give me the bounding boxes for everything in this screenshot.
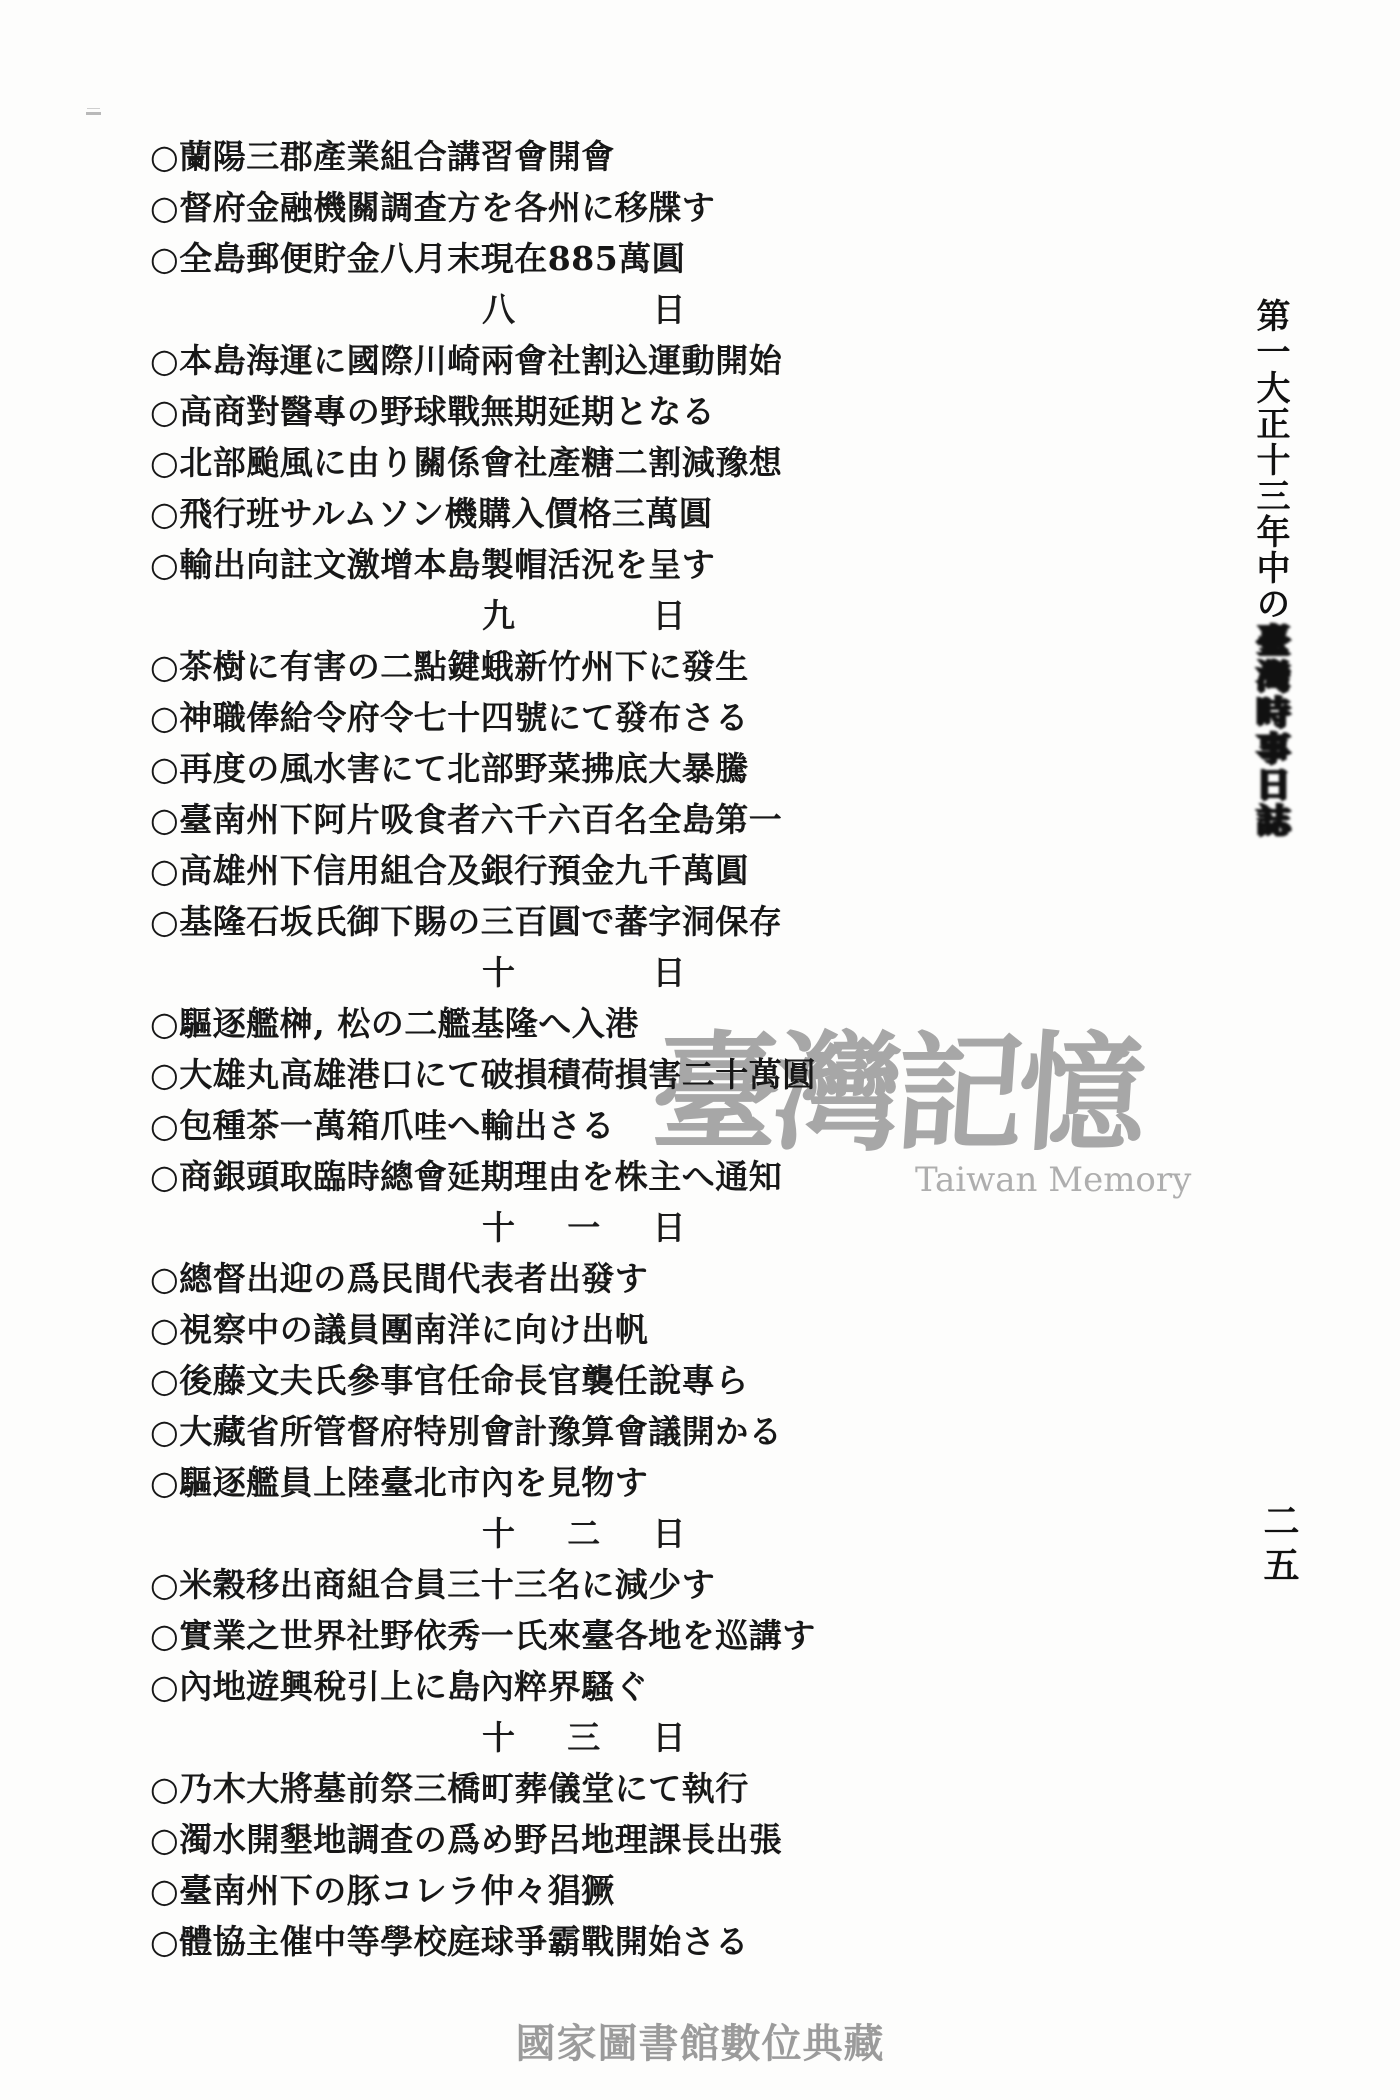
date-heading: 十一日: [482, 1202, 686, 1253]
diary-entry: ○驅逐艦員上陸臺北市內を見物す: [150, 1457, 870, 1508]
diary-entry: ○乃木大將墓前祭三橋町葬儀堂にて執行: [150, 1763, 870, 1814]
diary-entry: ○全島郵便貯金八月末現在885萬圓: [150, 233, 870, 284]
diary-entry: ○總督出迎の爲民間代表者出發す: [150, 1253, 870, 1304]
diary-entry: ○實業之世界社野依秀一氏來臺各地を巡講す: [150, 1610, 870, 1661]
diary-entry: ○臺南州下の豚コレラ仲々猖獗: [150, 1865, 870, 1916]
side-running-header: 第一大正十三年中の臺灣時事日誌: [1246, 298, 1295, 838]
diary-entry: ○驅逐艦榊, 松の二艦基隆へ入港: [150, 998, 870, 1049]
diary-entry: ○基隆石坂氏御下賜の三百圓で蕃字洞保存: [150, 896, 870, 947]
date-heading-char: 一: [567, 1202, 601, 1253]
scanned-document-page: ○蘭陽三郡產業組合講習會開會○督府金融機關調查方を各州に移牒す○全島郵便貯金八月…: [0, 0, 1400, 2100]
diary-list: ○蘭陽三郡產業組合講習會開會○督府金融機關調查方を各州に移牒す○全島郵便貯金八月…: [150, 131, 870, 1967]
date-heading-char: 九: [482, 590, 516, 641]
date-heading-char: 日: [653, 1508, 687, 1559]
date-heading-char: 十: [482, 947, 516, 998]
archive-footer: 國家圖書館數位典藏: [0, 2012, 1400, 2069]
date-heading-char: 十: [482, 1712, 516, 1763]
date-heading-char: 十: [482, 1508, 516, 1559]
side-header-chapter: 大正十三年中の: [1250, 370, 1290, 622]
date-heading: 九日: [482, 590, 686, 641]
diary-entry: ○再度の風水害にて北部野菜拂底大暴騰: [150, 743, 870, 794]
diary-entry: ○高商對醫專の野球戰無期延期となる: [150, 386, 870, 437]
taiwan-memory-watermark-latin: Taiwan Memory: [915, 1160, 1191, 1200]
diary-entry: ○體協主催中等學校庭球爭霸戰開始さる: [150, 1916, 870, 1967]
date-heading-char: 日: [653, 1202, 687, 1253]
date-heading-char: 十: [482, 1202, 516, 1253]
page-number: 二五: [1254, 1502, 1305, 1590]
diary-entry: ○北部颱風に由り關係會社產糖二割減豫想: [150, 437, 870, 488]
diary-entry: ○高雄州下信用組合及銀行預金九千萬圓: [150, 845, 870, 896]
diary-entry: ○後藤文夫氏參事官任命長官襲任說專ら: [150, 1355, 870, 1406]
date-heading-char: 日: [653, 947, 687, 998]
diary-entry: ○視察中の議員團南洋に向け出帆: [150, 1304, 870, 1355]
date-heading-char: 日: [653, 284, 687, 335]
diary-entry: ○大雄丸高雄港口にて破損積荷損害二十萬圓: [150, 1049, 870, 1100]
scan-artifact: [86, 112, 101, 115]
diary-entry: ○包種茶一萬箱爪哇へ輸出さる: [150, 1100, 870, 1151]
diary-entry: ○臺南州下阿片吸食者六千六百名全島第一: [150, 794, 870, 845]
date-heading: 十三日: [482, 1712, 686, 1763]
date-heading-char: 八: [482, 284, 516, 335]
diary-entry: ○濁水開墾地調查の爲め野呂地理課長出張: [150, 1814, 870, 1865]
side-header-volume: 第一: [1250, 298, 1290, 370]
diary-entry: ○內地遊興稅引上に島內粹界騷ぐ: [150, 1661, 870, 1712]
diary-entry: ○茶樹に有害の二點鍵蛾新竹州下に發生: [150, 641, 870, 692]
date-heading-char: 三: [567, 1712, 601, 1763]
diary-entry: ○商銀頭取臨時總會延期理由を株主へ通知: [150, 1151, 870, 1202]
side-header-chapter-overprint: 臺灣時事日誌: [1250, 622, 1290, 838]
diary-entry: ○蘭陽三郡產業組合講習會開會: [150, 131, 870, 182]
date-heading-char: 日: [653, 1712, 687, 1763]
date-heading-char: 二: [567, 1508, 601, 1559]
diary-entry: ○大藏省所管督府特別會計豫算會議開かる: [150, 1406, 870, 1457]
diary-entry: ○督府金融機關調查方を各州に移牒す: [150, 182, 870, 233]
diary-entry: ○飛行班サルムソン機購入價格三萬圓: [150, 488, 870, 539]
date-heading: 十二日: [482, 1508, 686, 1559]
diary-entry: ○神職俸給令府令七十四號にて發布さる: [150, 692, 870, 743]
diary-entry: ○本島海運に國際川崎兩會社割込運動開始: [150, 335, 870, 386]
date-heading: 八日: [482, 284, 686, 335]
diary-entry: ○米穀移出商組合員三十三名に減少す: [150, 1559, 870, 1610]
date-heading-char: 日: [653, 590, 687, 641]
date-heading: 十日: [482, 947, 686, 998]
diary-entry: ○輸出向註文激增本島製帽活況を呈す: [150, 539, 870, 590]
